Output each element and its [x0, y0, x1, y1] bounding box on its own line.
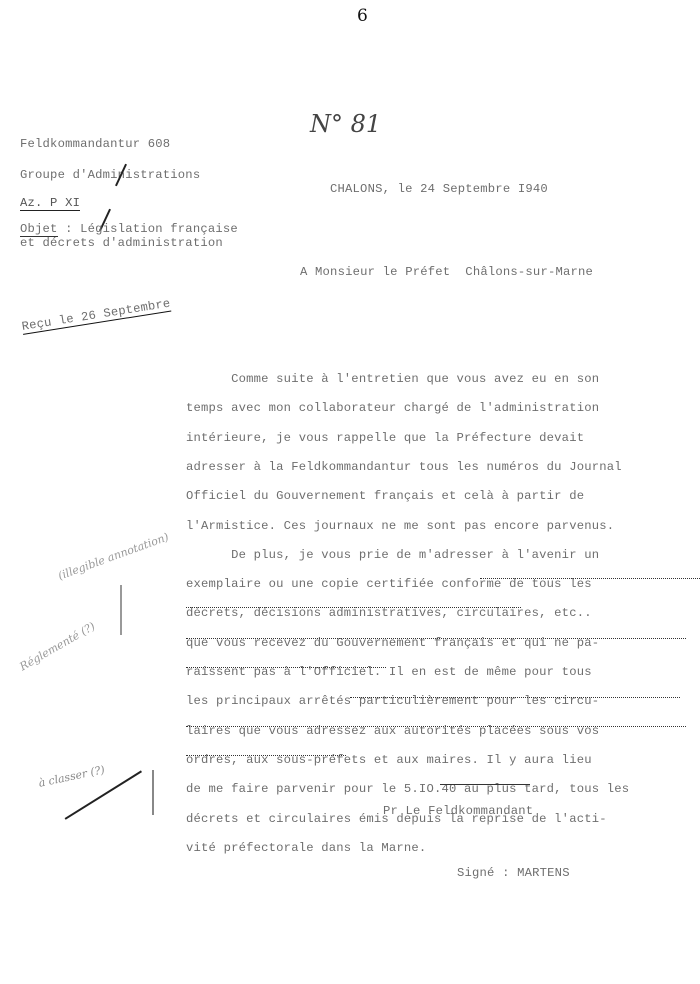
body-line: De plus, je vous prie de m'adresser à l'… — [186, 548, 599, 562]
pen-underline — [440, 784, 530, 785]
pen-underline — [186, 638, 686, 639]
received-stamp: Reçu le 26 Septembre — [21, 297, 172, 335]
margin-note: Réglementé (?) — [17, 620, 97, 674]
closing-signatory: Pr Le Feldkommandant — [383, 804, 533, 818]
pen-underline — [350, 697, 680, 698]
body-line: exemplaire ou une copie certifiée confor… — [186, 577, 592, 591]
pen-underline — [186, 607, 521, 608]
handwritten-page-number: 6 — [357, 6, 368, 26]
margin-bracket — [152, 770, 154, 815]
reference-text: Az. P XI — [20, 196, 80, 211]
subject-text: : Législation française — [58, 222, 238, 236]
subject-line-1: Objet : Législation française — [20, 222, 238, 236]
place-date: CHALONS, le 24 Septembre I940 — [330, 182, 548, 196]
reference: Az. P XI — [20, 196, 80, 210]
margin-note: (illegible annotation) — [56, 530, 170, 582]
margin-note: à classer (?) — [37, 763, 106, 790]
body-line: décrets, décisions administratives, circ… — [186, 606, 592, 620]
body-line: de me faire parvenir pour le 5.IO.40 au … — [186, 782, 629, 796]
sender-line-2: Groupe d'Administrations — [20, 168, 200, 182]
margin-bracket — [120, 585, 122, 635]
pen-underline — [480, 578, 700, 579]
subject-label: Objet — [20, 222, 58, 237]
body-line: Officiel du Gouvernement français et cel… — [186, 489, 584, 503]
body-line: temps avec mon collaborateur chargé de l… — [186, 401, 599, 415]
body-line: intérieure, je vous rappelle que la Préf… — [186, 431, 584, 445]
body-line: adresser à la Feldkommandantur tous les … — [186, 460, 622, 474]
handwritten-document-number: N° 81 — [310, 110, 381, 138]
body-line: vité préfectorale dans la Marne. — [186, 841, 426, 855]
closing-signed: Signé : MARTENS — [457, 866, 570, 880]
body-line: l'Armistice. Ces journaux ne me sont pas… — [186, 519, 614, 533]
pen-underline — [186, 667, 386, 668]
pen-underline — [186, 726, 686, 727]
addressee: A Monsieur le Préfet Châlons-sur-Marne — [300, 265, 593, 279]
pen-underline — [186, 755, 346, 756]
sender-line-1: Feldkommandantur 608 — [20, 137, 170, 151]
subject-line-2: et décrets d'administration — [20, 236, 223, 250]
body-line: Comme suite à l'entretien que vous avez … — [186, 372, 599, 386]
